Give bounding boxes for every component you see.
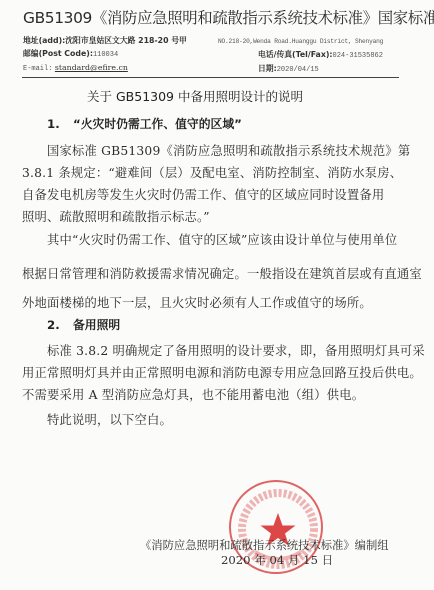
section-2-heading: 2.备用照明: [47, 318, 120, 333]
address-label: 地址(add):: [23, 36, 65, 45]
postcode-row: 邮编(Post Code):110034: [23, 49, 118, 60]
postcode-value: 110034: [93, 51, 118, 59]
postcode-label: 邮编(Post Code):: [23, 49, 93, 58]
paragraph-line: 自备发电机房等发生火灾时仍需工作、值守的区域应同时设置备用: [22, 187, 384, 203]
email-row: E-mail: standard@efire.cn: [23, 63, 128, 74]
address-row: 地址(add):沈阳市皇姑区文大路 218-20 号甲: [23, 36, 187, 46]
paragraph-line: 不需要采用 A 型消防应急灯具，也不能用蓄电池（组）供电。: [22, 387, 364, 403]
email-label: E-mail:: [23, 65, 52, 73]
signature-organization: 《消防应急照明和疏散指示系统技术标准》编制组: [140, 537, 389, 553]
address-value: 沈阳市皇姑区文大路 218-20 号甲: [65, 36, 187, 45]
letterhead-title: GB51309《消防应急照明和疏散指示系统技术标准》国家标准编制组: [23, 8, 423, 28]
paragraph-line: 3.8.1 条规定：“避难间（层）及配电室、消防控制室、消防水泵房、: [22, 165, 402, 181]
paragraph-line: 外地面楼梯的地下一层，且火灾时必须有人工作或值守的场所。: [22, 295, 372, 311]
tel-row: 电话/传真(Tel/Fax):024-31535862: [258, 50, 383, 61]
paragraph-line: 标准 3.8.2 明确规定了备用照明的设计要求，即，备用照明灯具可采: [47, 343, 425, 359]
date-value: 2020/04/15: [277, 66, 319, 74]
address-english: NO.218-20,Wenda Road.Huanggu District, S…: [218, 37, 383, 47]
section-1-title: “火灾时仍需工作、值守的区域”: [73, 117, 242, 131]
date-row: 日期:2020/04/15: [258, 64, 319, 75]
section-2-title: 备用照明: [73, 318, 120, 332]
tel-value: 024-31535862: [333, 52, 383, 60]
signature-date: 2020 年 04 月 15 日: [221, 552, 333, 568]
tel-label: 电话/传真(Tel/Fax):: [258, 50, 333, 59]
email-link[interactable]: standard@efire.cn: [55, 63, 128, 72]
paragraph-line: 国家标准 GB51309《消防应急照明和疏散指示系统技术规范》第: [47, 143, 410, 159]
letterhead-divider: [22, 77, 399, 78]
document-page: GB51309《消防应急照明和疏散指示系统技术标准》国家标准编制组 地址(add…: [0, 0, 434, 590]
paragraph-line: 特此说明，以下空白。: [47, 412, 172, 428]
document-title: 关于 GB51309 中备用照明设计的说明: [87, 89, 303, 105]
paragraph-line: 照明、疏散照明和疏散指示标志。”: [22, 209, 210, 225]
paragraph-line: 用正常照明灯具并由正常照明电源和消防电源专用应急回路互投后供电。: [22, 365, 422, 381]
date-label: 日期:: [258, 64, 277, 73]
section-1-heading: 1.“火灾时仍需工作、值守的区域”: [47, 117, 242, 132]
paragraph-line: 根据日常管理和消防救援需求情况确定。一般指设在建筑首层或有直通室: [22, 266, 422, 282]
paragraph-line: 其中“火灾时仍需工作、值守的区域”应该由设计单位与使用单位: [47, 232, 397, 248]
section-2-number: 2.: [47, 318, 73, 333]
section-1-number: 1.: [47, 117, 73, 132]
